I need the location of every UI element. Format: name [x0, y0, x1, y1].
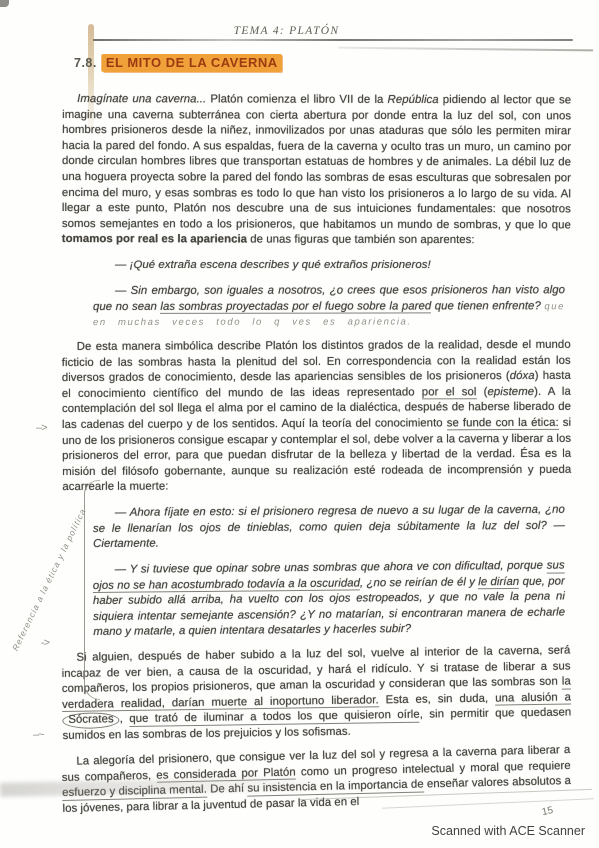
page-number: 15 — [541, 805, 554, 818]
paragraph-dialogue-4: — Y si tuviese que opinar sobre unas som… — [93, 559, 566, 641]
scan-corner-artifact — [0, 0, 9, 7]
paragraph-dialogue-1: — ¡Qué extraña escena describes y qué ex… — [93, 258, 565, 274]
paragraph-socrates: Si alguien, después de haber subido a la… — [61, 643, 571, 744]
paragraph-dialogue-3: — Ahora fíjate en esto: si el prisionero… — [93, 503, 565, 553]
header-rule-secondary — [338, 47, 593, 51]
scanner-watermark: Scanned with ACE Scanner — [431, 824, 585, 838]
running-header-text: TEMA 4: PLATÓN — [224, 25, 350, 37]
paragraph-grados: De esta manera simbólica describe Platón… — [62, 338, 572, 496]
document-body: Imagínate una caverna... Platón comienza… — [62, 92, 571, 827]
section-heading: 7.8.EL MITO DE LA CAVERNA — [74, 55, 282, 70]
handwritten-arrow-2: -> — [41, 637, 49, 649]
header-rule — [93, 39, 573, 41]
section-title-highlighted: EL MITO DE LA CAVERNA — [102, 54, 282, 72]
handwritten-arrow-1: –> — [36, 422, 47, 434]
running-header: TEMA 4: PLATÓN — [0, 25, 573, 37]
paragraph-intro: Imagínate una caverna... Platón comienza… — [62, 92, 571, 249]
paragraph-dialogue-2: — Sin embargo, son iguales a nosotros, ¿… — [93, 283, 565, 331]
scanned-page: TEMA 4: PLATÓN 7.8.EL MITO DE LA CAVERNA… — [0, 0, 599, 848]
handwritten-arrow-3: –~ — [33, 729, 44, 741]
section-number: 7.8. — [74, 56, 97, 70]
